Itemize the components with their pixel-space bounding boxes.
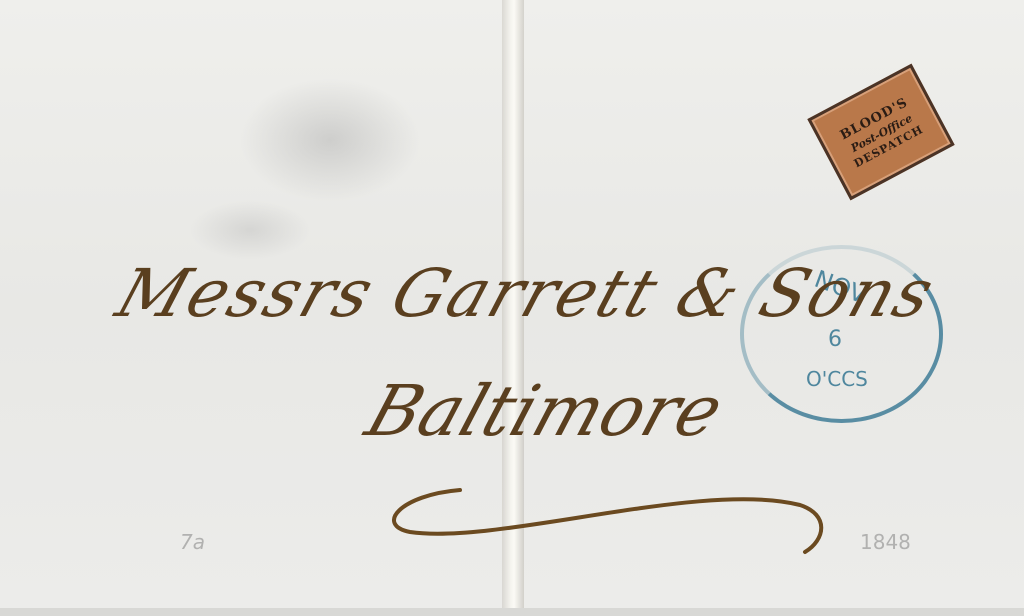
bottom-edge xyxy=(0,608,1024,616)
pencil-note-left: 7a xyxy=(180,530,205,554)
pencil-note-right: 1848 xyxy=(860,530,911,554)
bloods-despatch-stamp: BLOOD'S Post-Office DESPATCH xyxy=(807,64,954,201)
letter-cover: BLOOD'S Post-Office DESPATCH NOV 6 O'CCS… xyxy=(0,0,1024,616)
postmark-time: O'CCS xyxy=(806,367,868,391)
address-line-1: Messrs Garrett & Sons xyxy=(107,255,944,332)
handwritten-flourish xyxy=(380,470,840,560)
address-line-2: Baltimore xyxy=(357,370,733,452)
